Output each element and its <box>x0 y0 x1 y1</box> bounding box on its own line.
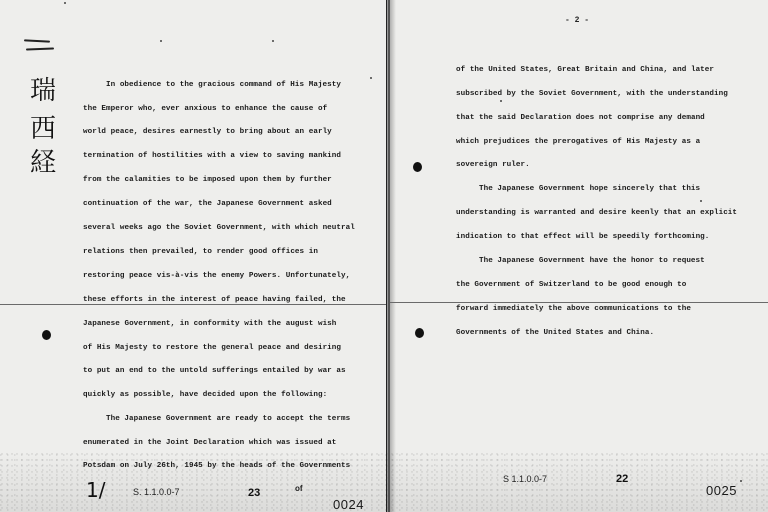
page-number: - 2 - <box>565 16 589 25</box>
text-line: the Emperor who, ever anxious to enhance… <box>83 105 327 113</box>
handwritten-mark: 1/ <box>86 478 105 502</box>
speck <box>740 480 742 482</box>
text-line: understanding is warranted and desire ke… <box>456 209 737 217</box>
frame-number: 0025 <box>706 483 737 498</box>
text-line: Potsdam on July 26th, 1945 by the heads … <box>83 462 350 470</box>
fold-line <box>0 304 386 305</box>
text-line: relations then prevailed, to render good… <box>83 248 318 256</box>
text-line: from the calamities to be imposed upon t… <box>83 176 332 184</box>
frame-number: 0024 <box>333 497 364 512</box>
text-line: Governments of the United States and Chi… <box>456 329 654 337</box>
text-line: of His Majesty to restore the general pe… <box>83 344 341 352</box>
of-mark: of <box>295 484 303 493</box>
text-line: that the said Declaration does not compr… <box>456 114 705 122</box>
fold-line <box>390 302 768 303</box>
text-line: restoring peace vis-à-vis the enemy Powe… <box>83 272 350 280</box>
speck <box>160 40 162 42</box>
text-line: In obedience to the gracious command of … <box>106 81 341 89</box>
speck <box>64 2 66 4</box>
left-page <box>0 0 386 512</box>
text-line: which prejudices the prerogatives of His… <box>456 138 700 146</box>
text-line: termination of hostilities with a view t… <box>83 152 341 160</box>
speck <box>370 77 372 79</box>
text-line: forward immediately the above communicat… <box>456 305 691 313</box>
margin-kanji-1: 瑞 <box>26 78 60 104</box>
punch-hole <box>415 328 424 338</box>
gutter-shadow <box>390 0 396 512</box>
punch-hole <box>413 162 422 172</box>
file-code: S 1.1.0.0-7 <box>503 474 547 484</box>
text-line: sovereign ruler. <box>456 161 530 169</box>
punch-hole <box>42 330 51 340</box>
text-line: The Japanese Government hope sincerely t… <box>479 185 700 193</box>
text-line: world peace, desires earnestly to bring … <box>83 128 332 136</box>
text-line: The Japanese Government have the honor t… <box>479 257 705 265</box>
file-code: S. 1.1.0.0-7 <box>133 487 180 497</box>
text-line: indication to that effect will be speedi… <box>456 233 709 241</box>
text-line: the Government of Switzerland to be good… <box>456 281 686 289</box>
text-line: enumerated in the Joint Declaration whic… <box>83 439 336 447</box>
text-line: Japanese Government, in conformity with … <box>83 320 336 328</box>
sheet-number: 23 <box>248 487 260 499</box>
text-line: these efforts in the interest of peace h… <box>83 296 346 304</box>
right-page <box>390 0 768 512</box>
speck <box>500 100 502 102</box>
margin-kanji-3: 経 <box>26 150 60 176</box>
margin-kanji-2: 西 <box>26 116 60 142</box>
speck <box>272 40 274 42</box>
text-line: to put an end to the untold sufferings e… <box>83 367 346 375</box>
text-line: continuation of the war, the Japanese Go… <box>83 200 332 208</box>
text-line: The Japanese Government are ready to acc… <box>106 415 350 423</box>
sheet-number: 22 <box>616 473 628 485</box>
speck <box>700 200 702 202</box>
text-line: quickly as possible, have decided upon t… <box>83 391 327 399</box>
text-line: subscribed by the Soviet Government, wit… <box>456 90 728 98</box>
text-line: several weeks ago the Soviet Government,… <box>83 224 355 232</box>
text-line: of the United States, Great Britain and … <box>456 66 714 74</box>
